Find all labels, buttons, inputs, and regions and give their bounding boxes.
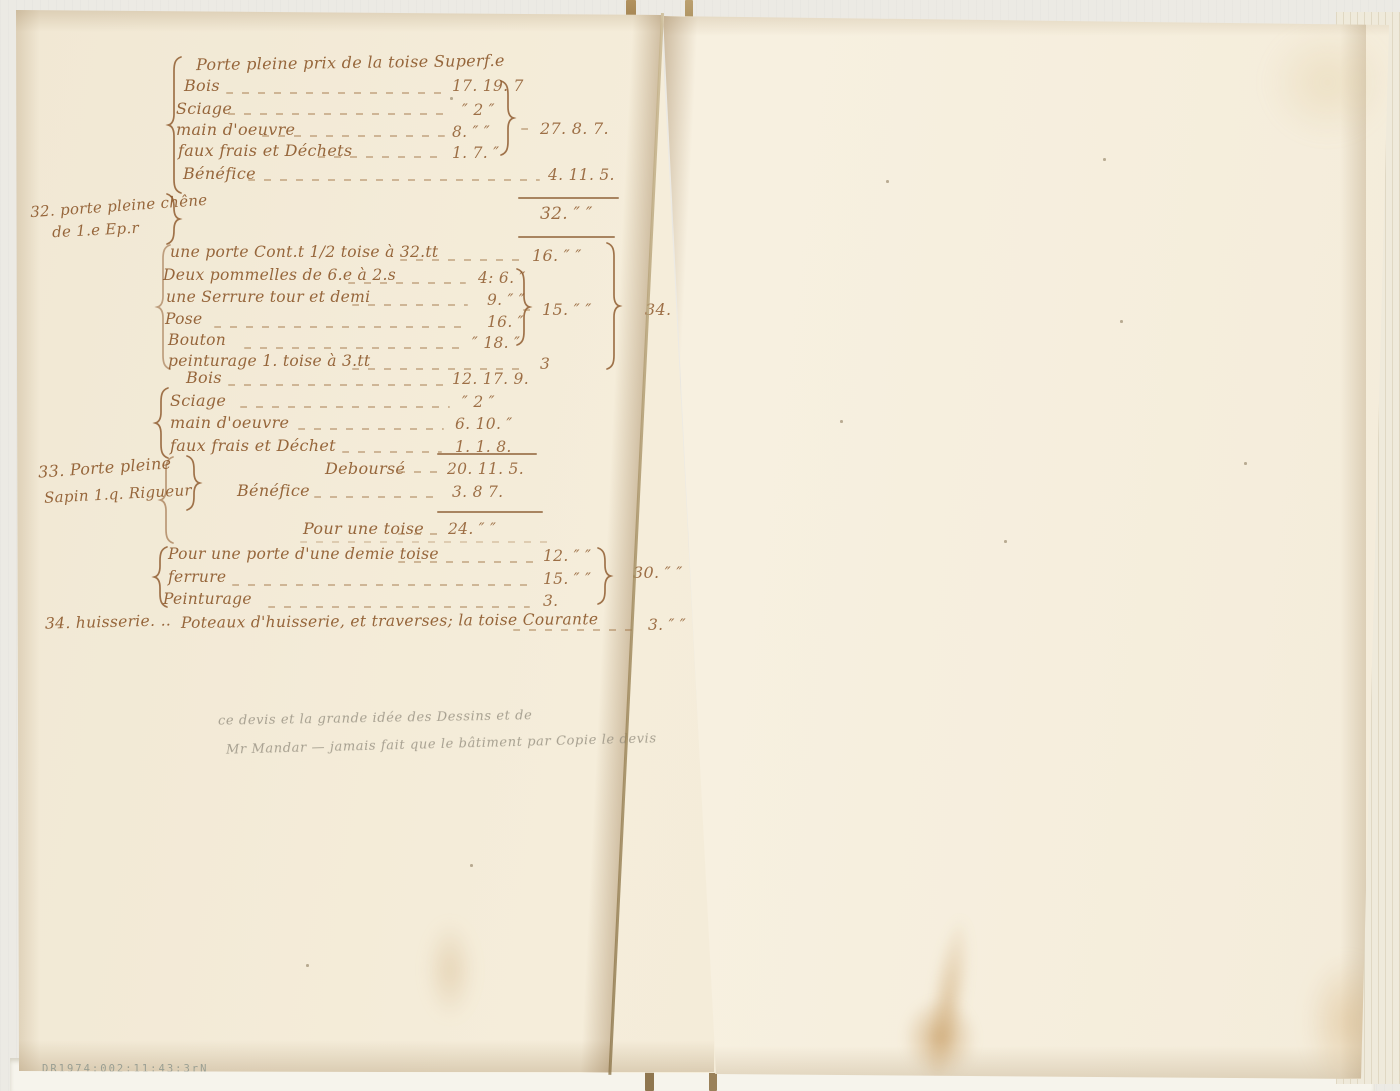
dash-leader (352, 304, 468, 306)
cost-line-label: Bois (186, 368, 222, 387)
dash-leader (513, 629, 639, 631)
stain (1265, 25, 1390, 140)
cost-line-value: 24. ″ ″ (448, 520, 496, 538)
cost-line-value: 6. 10. ″ (455, 415, 512, 433)
cost-line-value: 16. ″ ″ (532, 246, 582, 265)
cost-line-label: Deboursé (325, 459, 405, 478)
grouping-brace (186, 455, 200, 515)
edge-shade (16, 10, 662, 32)
stain (917, 913, 979, 1087)
group-total: 30. ″ ″ (633, 563, 683, 582)
cost-line-value: ″ 2 ″ (462, 393, 495, 411)
dash-leader (248, 179, 540, 181)
cost-line-label: Sciage (176, 99, 232, 118)
cost-line-label: Bois (184, 76, 220, 95)
grouping-brace (606, 242, 620, 374)
cost-line-value: 1. 7. ″ (452, 144, 499, 162)
cost-line-value: 3. (543, 592, 558, 610)
margin-annotation: 33. Porte pleine (37, 453, 171, 481)
pencil-annotation: Mr Mandar — jamais fait que le bâtiment … (226, 731, 657, 757)
cost-line-label: main d'oeuvre (170, 413, 289, 432)
dash-leader (521, 128, 536, 130)
cost-line-label: une Serrure tour et demi (166, 288, 370, 306)
margin-annotation: de 1.e Ep.r (52, 219, 140, 242)
cost-line-label: Sciage (170, 391, 226, 410)
sum-rule (437, 453, 537, 455)
cost-line-value: 15. ″ ″ (543, 570, 591, 588)
manuscript-scan: Porte pleine prix de la toise Superf.e B… (0, 0, 1400, 1091)
stain (903, 998, 977, 1078)
dash-leader (226, 92, 446, 94)
grouping-brace (166, 193, 180, 249)
cost-line-label: faux frais et Déchet (170, 436, 336, 455)
stain (425, 920, 475, 1020)
cost-line-label: Bénéfice (183, 164, 256, 183)
grouping-brace (155, 387, 169, 463)
edge-shade (1340, 20, 1366, 1078)
edge-shade (16, 10, 40, 1072)
cost-line-value: 12. 17. 9. (452, 370, 529, 388)
dash-leader (298, 428, 444, 430)
cost-line-label: Bénéfice (237, 481, 310, 500)
grouping-brace (597, 547, 611, 609)
dash-leader (228, 113, 452, 115)
cost-line-label: Peinturage (163, 590, 252, 608)
cost-line-label: Pour une toise (303, 519, 424, 538)
dash-leader (348, 282, 466, 284)
cost-line-value: 20. 11. 5. (447, 460, 524, 478)
dash-leader (214, 326, 470, 328)
dash-leader (244, 347, 460, 349)
dash-leader (268, 606, 530, 608)
cost-line-value: 12. ″ ″ (543, 547, 591, 565)
sum-rule (518, 236, 615, 238)
cost-line-value: ″ 18. ″ (472, 334, 520, 352)
dash-leader (400, 259, 528, 261)
cost-line-value: ″ 2 ″ (462, 101, 495, 119)
group-subtotal: 27. 8. 7. (540, 119, 609, 138)
sum-rule (437, 511, 543, 513)
cost-line-label: une porte Cont.t 1/2 toise à 32.tt (170, 243, 438, 261)
section-32-heading: Porte pleine prix de la toise Superf.e (196, 51, 505, 74)
cost-line-value: 4. 11. 5. (548, 166, 615, 184)
section-32-total: 32. ″ ″ (540, 204, 593, 224)
group-subtotal: 15. ″ ″ (542, 300, 592, 319)
dash-leader (314, 496, 440, 498)
dash-leader (228, 384, 444, 386)
pencil-annotation: ce devis et la grande idée des Dessins e… (218, 708, 533, 728)
edge-shade (664, 14, 1390, 36)
grouping-brace (500, 80, 514, 160)
grouping-brace (160, 456, 174, 548)
dash-leader (398, 561, 536, 563)
dash-leader (240, 406, 450, 408)
cost-line-value: 3. 8 7. (452, 483, 503, 501)
cost-line-value: 3 (540, 355, 550, 373)
cost-line-label: ferrure (168, 568, 226, 586)
dash-leader (300, 541, 556, 543)
cost-line-label: Bouton (168, 331, 226, 349)
cost-line-value: 3. ″ ″ (648, 616, 686, 634)
dash-leader (342, 451, 442, 453)
margin-annotation: 32. porte pleine chêne (30, 191, 208, 221)
margin-annotation: 34. huisserie. ‥ (45, 611, 172, 632)
cost-line-label: Pose (165, 310, 202, 328)
dash-leader (232, 584, 536, 586)
sum-rule (518, 197, 619, 199)
cost-line-value: 8. ″ ″ (452, 123, 490, 141)
